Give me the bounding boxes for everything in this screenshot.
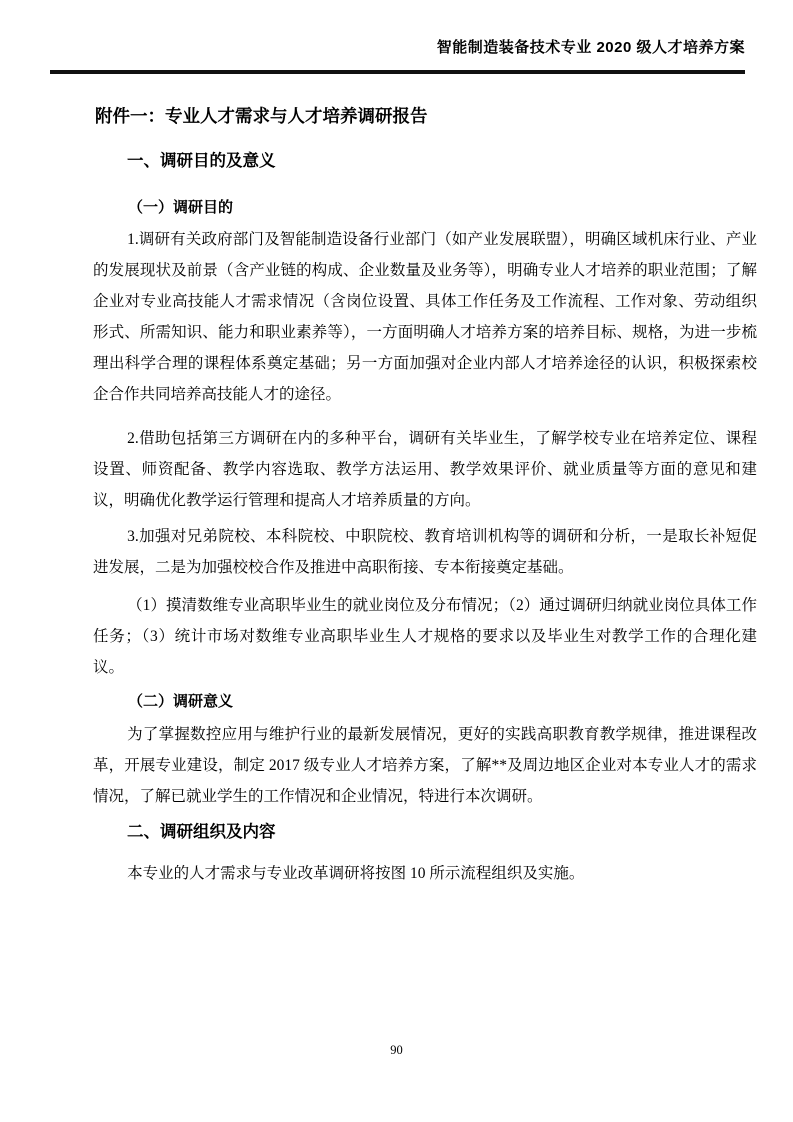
paragraph-1: 1.调研有关政府部门及智能制造设备行业部门（如产业发展联盟），明确区域机床行业、… xyxy=(93,224,757,410)
document-page: 智能制造装备技术专业 2020 级人才培养方案 附件一：专业人才需求与人才培养调… xyxy=(0,0,793,1122)
page-number: 90 xyxy=(390,1043,403,1057)
subsection-heading-1: （一）调研目的 xyxy=(128,198,757,218)
section-heading-2: 二、调研组织及内容 xyxy=(127,821,757,843)
paragraph-3: 3.加强对兄弟院校、本科院校、中职院校、教育培训机构等的调研和分析，一是取长补短… xyxy=(93,521,757,583)
paragraph-5: 为了掌握数控应用与维护行业的最新发展情况，更好的实践高职教育教学规律，推进课程改… xyxy=(93,719,757,812)
page-footer: 90 xyxy=(0,1043,793,1058)
paragraph-4: （1）摸清数维专业高职毕业生的就业岗位及分布情况；（2）通过调研归纳就业岗位具体… xyxy=(93,590,757,683)
subsection-heading-2: （二）调研意义 xyxy=(128,692,757,712)
section-heading-1: 一、调研目的及意义 xyxy=(127,150,757,172)
attachment-title: 附件一：专业人才需求与人才培养调研报告 xyxy=(95,104,757,128)
document-body: 附件一：专业人才需求与人才培养调研报告 一、调研目的及意义 （一）调研目的 1.… xyxy=(93,0,757,889)
paragraph-6: 本专业的人才需求与专业改革调研将按图 10 所示流程组织及实施。 xyxy=(93,858,757,889)
paragraph-2: 2.借助包括第三方调研在内的多种平台，调研有关毕业生，了解学校专业在培养定位、课… xyxy=(93,423,757,516)
